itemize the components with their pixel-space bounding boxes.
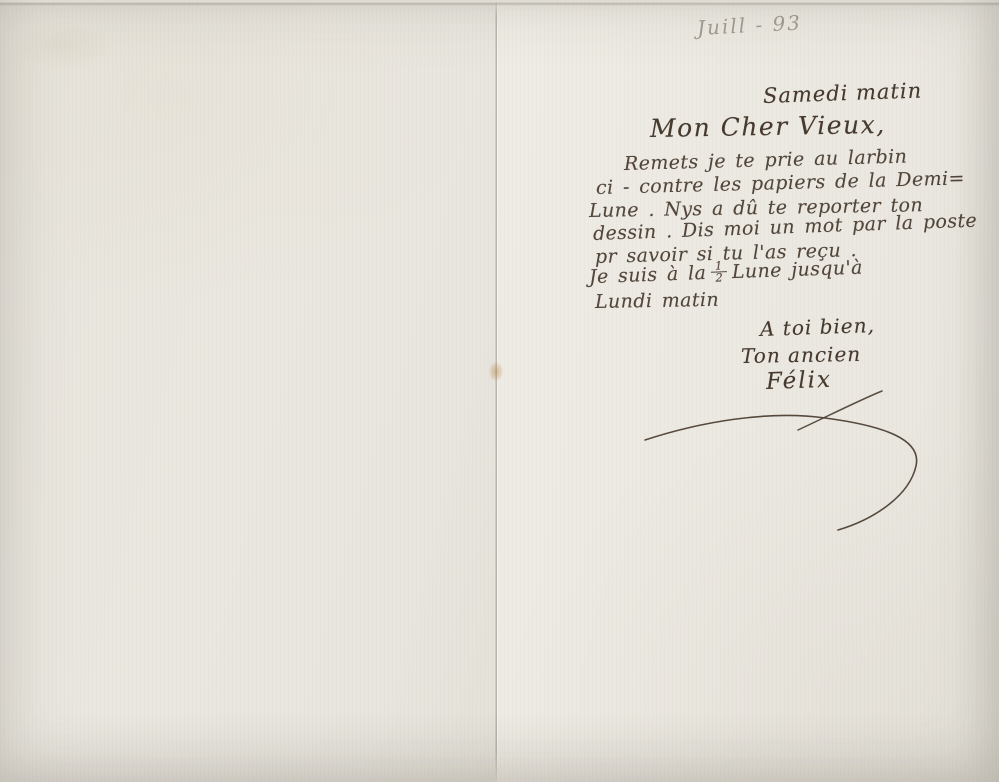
letter-left-page <box>0 0 497 782</box>
valediction: A toi bien, <box>760 313 876 341</box>
fraction-denominator: 2 <box>711 272 727 283</box>
fraction-one-half: 12 <box>711 261 727 283</box>
body-line-text: Lune jusqu'à <box>732 257 864 284</box>
body-line-text: Je suis à la <box>589 262 707 288</box>
signoff: Ton ancien <box>741 342 862 368</box>
body-line: Lundi matin <box>595 289 719 313</box>
letter-photo: Juill - 93 Samedi matin Mon Cher Vieux, … <box>0 0 999 782</box>
salutation: Mon Cher Vieux, <box>650 110 886 143</box>
signature: Félix <box>766 367 833 395</box>
